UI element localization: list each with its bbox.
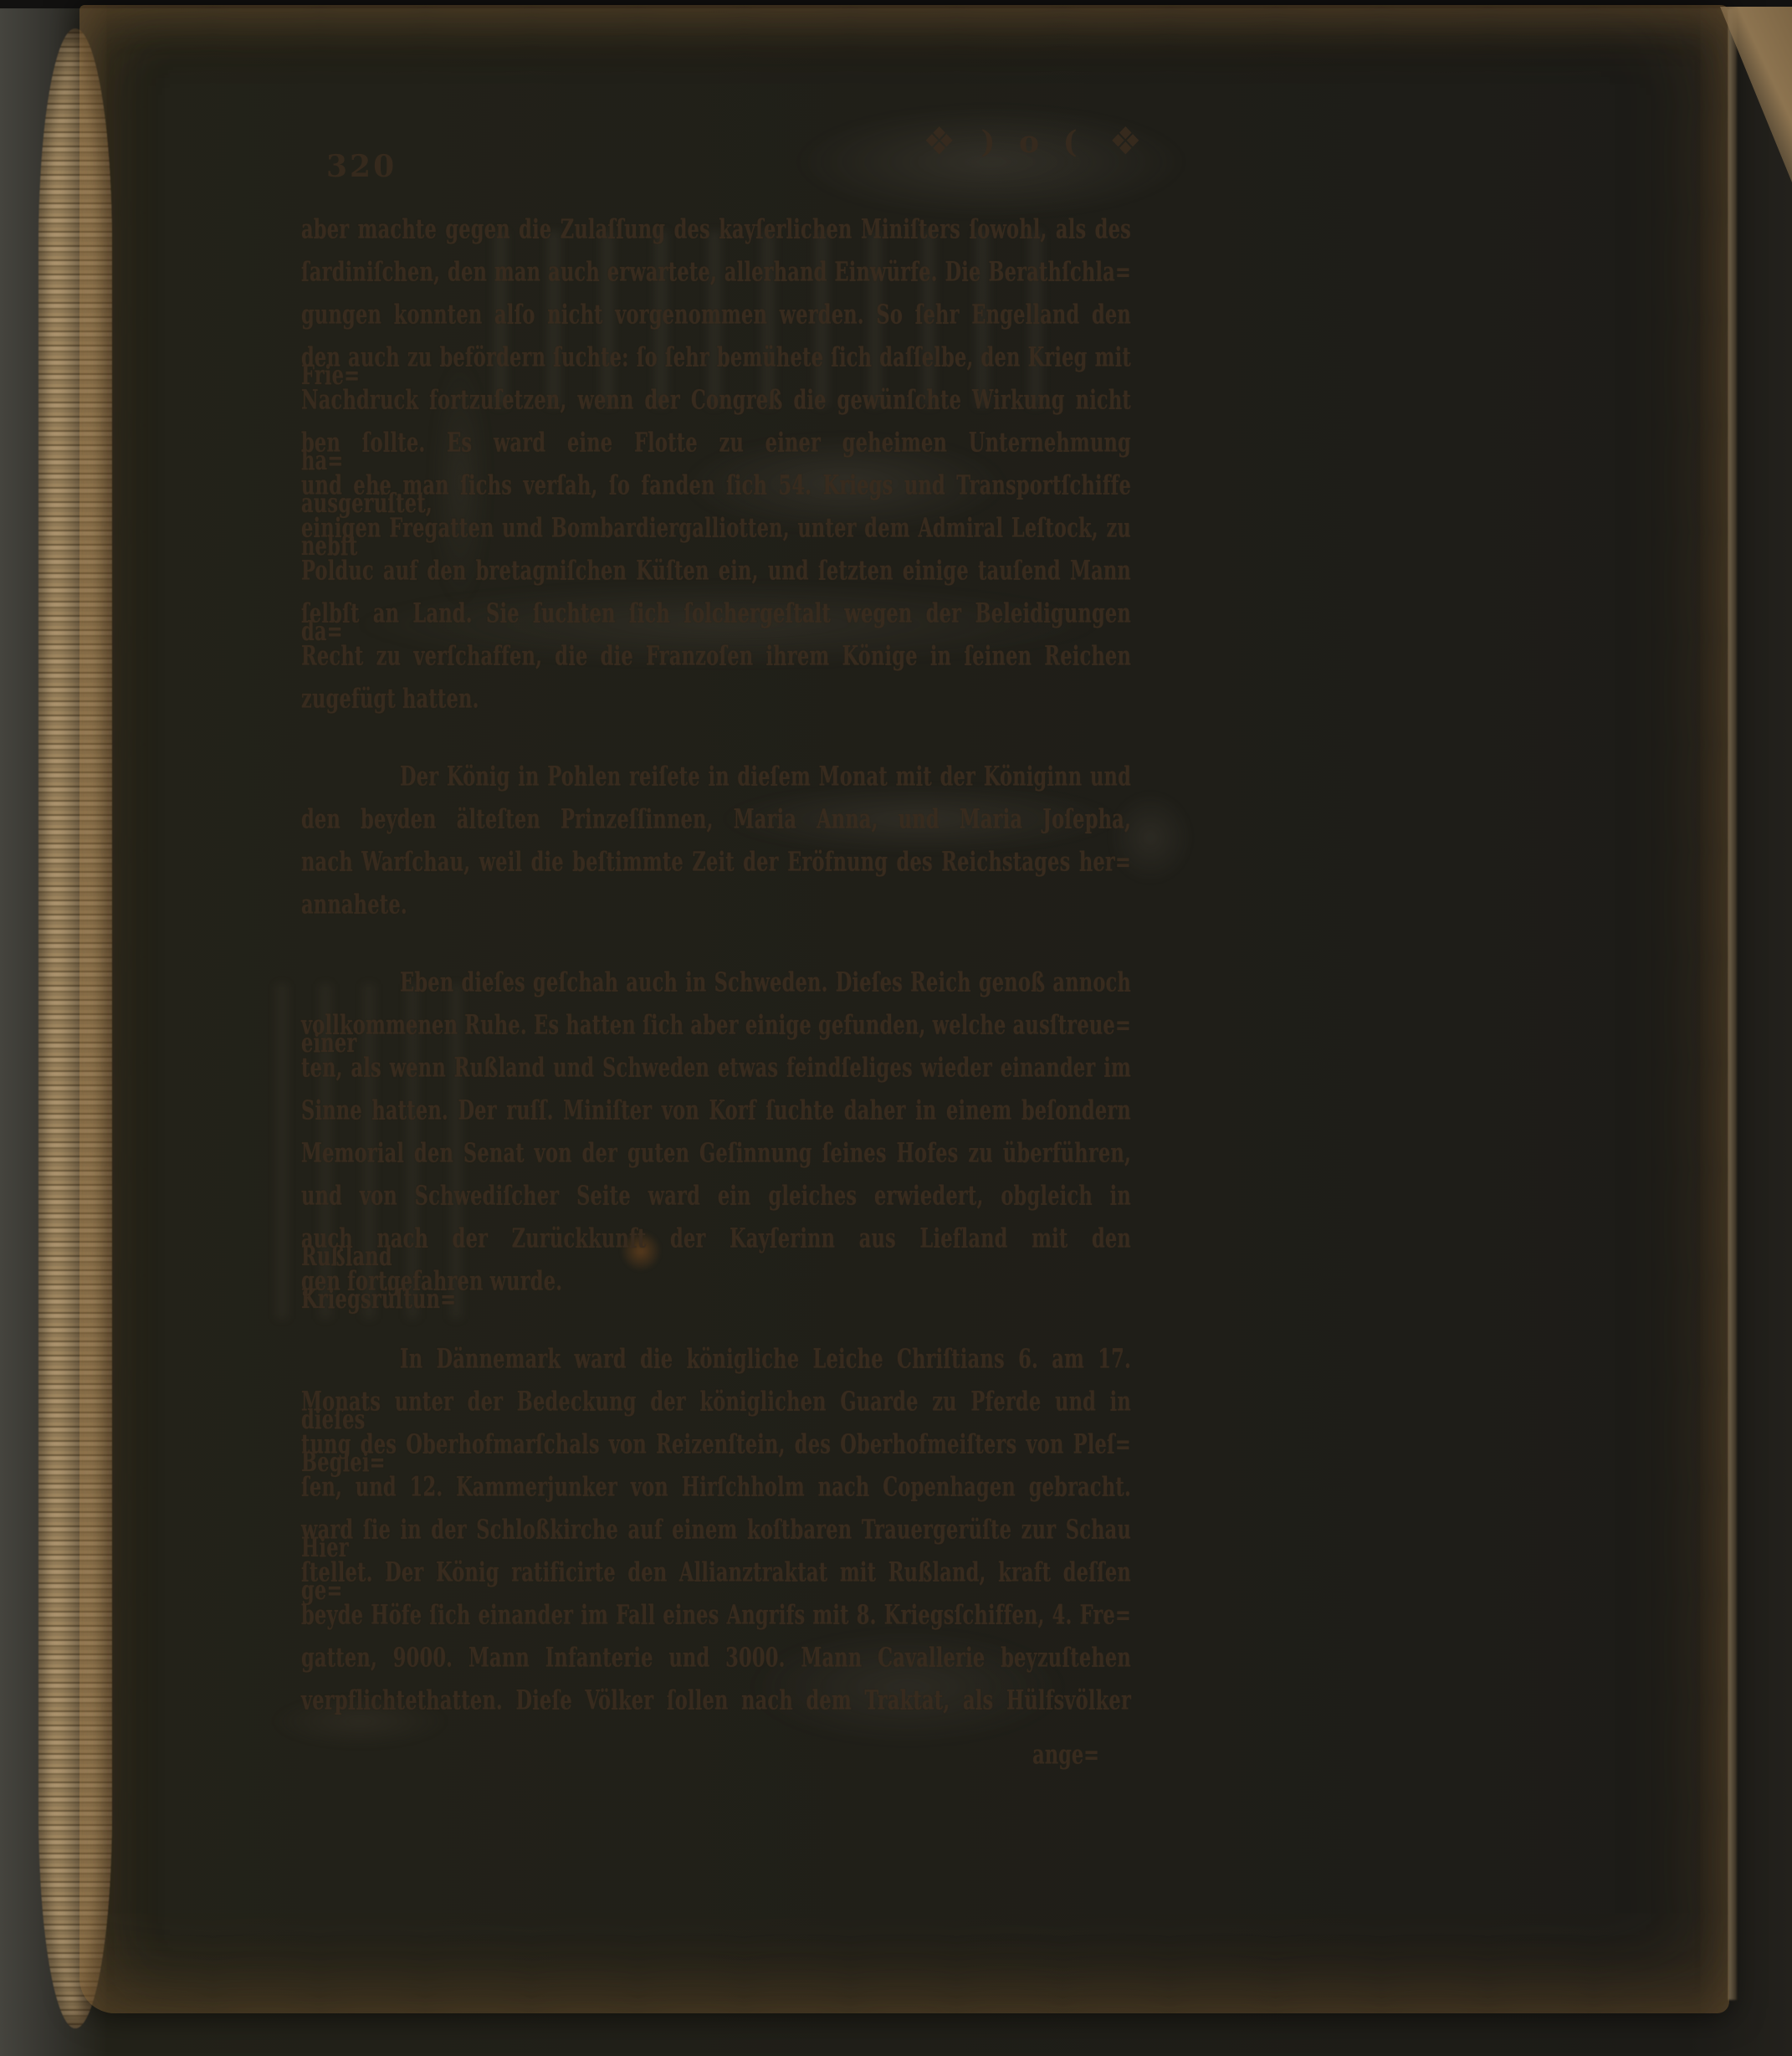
paragraph: aber machte gegen die Zulaſſung des kayſ… <box>301 209 1131 721</box>
page-number: 320 <box>326 149 397 184</box>
paragraph: In Dännemark ward die königliche Leiche … <box>301 1339 1131 1723</box>
page-edge-sliver <box>1728 8 1737 2000</box>
paragraph: Der König in Pohlen reiſete in dieſem Mo… <box>301 756 1131 927</box>
text-line: verpflichtethatten. Dieſe Völker ſollen … <box>301 1671 1131 1731</box>
text-line: zugefügt hatten. <box>301 669 1131 730</box>
book-page: 320 ❖ ) o ( ❖ aber machte gegen die Zula… <box>79 5 1729 2013</box>
text-line: gen fortgefahren wurde. <box>301 1252 1131 1312</box>
paragraph: Eben dieſes geſchah auch in Schweden. Di… <box>301 962 1131 1304</box>
paragraphs-container: aber machte gegen die Zulaſſung des kayſ… <box>301 209 1131 1723</box>
book-scan: 320 ❖ ) o ( ❖ aber machte gegen die Zula… <box>0 0 1792 2056</box>
fleuron-right-icon: ❖ <box>1109 123 1142 162</box>
header-ornament-center: ) o ( <box>980 125 1083 160</box>
fleuron-left-icon: ❖ <box>923 123 955 162</box>
text-line: annahete. <box>301 875 1131 936</box>
body-text: aber machte gegen die Zulaſſung des kayſ… <box>301 209 1131 1777</box>
header-ornament: ❖ ) o ( ❖ <box>923 124 1257 161</box>
catchword: ange= <box>301 1725 1131 1786</box>
